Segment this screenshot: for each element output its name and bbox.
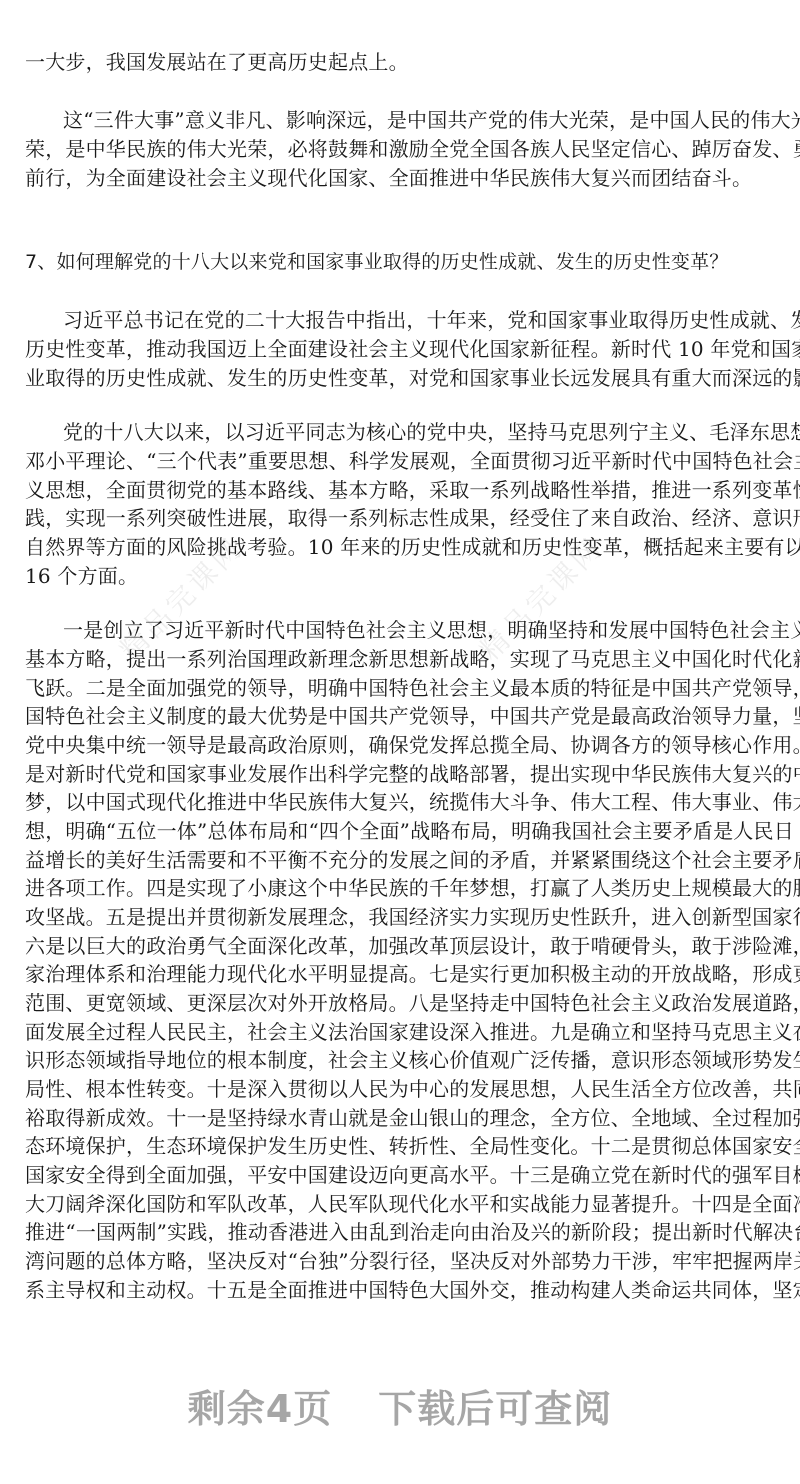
text-line: 家治理体系和治理能力现代化水平明显提高。七是实行更加积极主动的开放战略，形成更大 <box>25 960 777 988</box>
text-line: 进各项工作。四是实现了小康这个中华民族的千年梦想，打赢了人类历史上规模最大的脱贫 <box>25 874 777 902</box>
text-line: 前行，为全面建设社会主义现代化国家、全面推进中华民族伟大复兴而团结奋斗。 <box>25 164 777 192</box>
text-line: 态环境保护，生态环境保护发生历史性、转折性、全局性变化。十二是贯彻总体国家安全观… <box>25 1132 777 1160</box>
text-line: 义思想，全面贯彻党的基本路线、基本方略，采取一系列战略性举措，推进一系列变革性实 <box>25 476 777 504</box>
text-line: 范围、更宽领域、更深层次对外开放格局。八是坚持走中国特色社会主义政治发展道路，全 <box>25 989 777 1017</box>
text-line: 16 个方面。 <box>25 562 777 590</box>
text-line: 这“三件大事”意义非凡、影响深远，是中国共产党的伟大光荣，是中国人民的伟大光 <box>63 106 777 134</box>
text-line: 习近平总书记在党的二十大报告中指出，十年来，党和国家事业取得历史性成就、发生 <box>63 306 777 334</box>
text-line: 是对新时代党和国家事业发展作出科学完整的战略部署，提出实现中华民族伟大复兴的中国 <box>25 760 777 788</box>
text-line: 党的十八大以来，以习近平同志为核心的党中央，坚持马克思列宁主义、毛泽东思想、 <box>63 418 777 446</box>
download-to-view-label: 下载后可查阅 <box>378 1378 612 1433</box>
remaining-pages-label: 剩余4页 <box>188 1378 332 1433</box>
text-line: 一大步，我国发展站在了更高历史起点上。 <box>25 48 777 76</box>
text-line: 想，明确“五位一体”总体布局和“四个全面”战略布局，明确我国社会主要矛盾是人民日 <box>25 817 777 845</box>
text-line: 荣，是中华民族的伟大光荣，必将鼓舞和激励全党全国各族人民坚定信心、踔厉奋发、勇毅 <box>25 135 777 163</box>
text-line: 益增长的美好生活需要和不平衡不充分的发展之间的矛盾，并紧紧围绕这个社会主要矛盾推 <box>25 846 777 874</box>
section-heading: 7、如何理解党的十八大以来党和国家事业取得的历史性成就、发生的历史性变革？ <box>25 248 777 276</box>
text-line: 践，实现一系列突破性进展，取得一系列标志性成果，经受住了来自政治、经济、意识形态… <box>25 504 777 532</box>
text-line: 历史性变革，推动我国迈上全面建设社会主义现代化国家新征程。新时代 10 年党和国… <box>25 335 777 363</box>
remaining-pages-banner[interactable]: 剩余4页下载后可查阅 <box>0 1378 800 1433</box>
text-line: 飞跃。二是全面加强党的领导，明确中国特色社会主义最本质的特征是中国共产党领导，中 <box>25 674 777 702</box>
document-page: 一大步，我国发展站在了更高历史起点上。这“三件大事”意义非凡、影响深远，是中国共… <box>0 0 800 1484</box>
text-line: 基本方略，提出一系列治国理政新理念新思想新战略，实现了马克思主义中国化时代化新的 <box>25 645 777 673</box>
text-line: 党中央集中统一领导是最高政治原则，确保党发挥总揽全局、协调各方的领导核心作用。三 <box>25 731 777 759</box>
text-line: 国家安全得到全面加强，平安中国建设迈向更高水平。十三是确立党在新时代的强军目标， <box>25 1161 777 1189</box>
text-line: 业取得的历史性成就、发生的历史性变革，对党和国家事业长远发展具有重大而深远的影响… <box>25 364 777 392</box>
text-line: 六是以巨大的政治勇气全面深化改革，加强改革顶层设计，敢于啃硬骨头，敢于涉险滩，国 <box>25 932 777 960</box>
text-line: 湾问题的总体方略，坚决反对“台独”分裂行径，坚决反对外部势力干涉，牢牢把握两岸关 <box>25 1247 777 1275</box>
text-line: 邓小平理论、“三个代表”重要思想、科学发展观，全面贯彻习近平新时代中国特色社会主 <box>25 447 777 475</box>
text-line: 梦，以中国式现代化推进中华民族伟大复兴，统揽伟大斗争、伟大工程、伟大事业、伟大梦 <box>25 788 777 816</box>
text-line: 大刀阔斧深化国防和军队改革，人民军队现代化水平和实战能力显著提升。十四是全面准确 <box>25 1190 777 1218</box>
text-line: 面发展全过程人民民主，社会主义法治国家建设深入推进。九是确立和坚持马克思主义在意 <box>25 1018 777 1046</box>
text-line: 一是创立了习近平新时代中国特色社会主义思想，明确坚持和发展中国特色社会主义的 <box>63 616 777 644</box>
text-line: 系主导权和主动权。十五是全面推进中国特色大国外交，推动构建人类命运共同体，坚定维 <box>25 1276 777 1304</box>
text-line: 自然界等方面的风险挑战考验。10 年来的历史性成就和历史性变革，概括起来主要有以… <box>25 533 777 561</box>
text-line: 裕取得新成效。十一是坚持绿水青山就是金山银山的理念，全方位、全地域、全过程加强生 <box>25 1104 777 1132</box>
text-line: 识形态领域指导地位的根本制度，社会主义核心价值观广泛传播，意识形态领域形势发生全 <box>25 1046 777 1074</box>
text-line: 国特色社会主义制度的最大优势是中国共产党领导，中国共产党是最高政治领导力量，坚持 <box>25 702 777 730</box>
text-line: 局性、根本性转变。十是深入贯彻以人民为中心的发展思想，人民生活全方位改善，共同富 <box>25 1075 777 1103</box>
text-line: 推进“一国两制”实践，推动香港进入由乱到治走向由治及兴的新阶段；提出新时代解决台 <box>25 1218 777 1246</box>
text-line: 攻坚战。五是提出并贯彻新发展理念，我国经济实力实现历史性跃升，进入创新型国家行列… <box>25 903 777 931</box>
